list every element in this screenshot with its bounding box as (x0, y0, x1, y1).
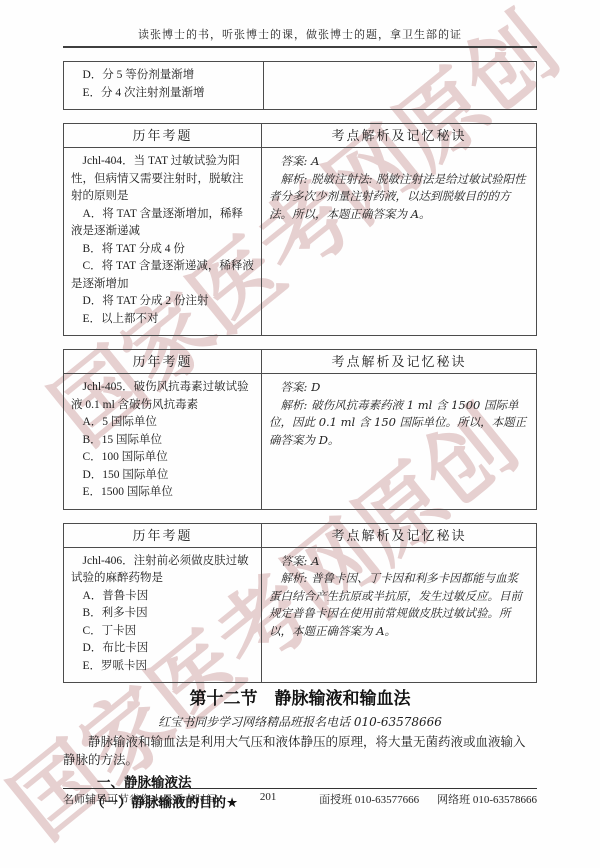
analysis-cell: 答案: A 解析: 普鲁卡因、丁卡因和利多卡因都能与血浆蛋白结合产生抗原或半抗原… (262, 547, 537, 683)
question-table-406: 历年考题 考点解析及记忆秘诀 Jchl-406．注射前必须做皮肤过敏试验的麻醉药… (63, 523, 537, 684)
page-footer: 名师辅导可节省您大量看书时间 201 面授班 010-63577666 网络班 … (63, 788, 537, 808)
option-e: E．分 4 次注射剂量渐增 (71, 85, 256, 103)
page-content: 读张博士的书，听张博士的课，做张博士的题，拿卫生部的证 D．分 5 等份剂量渐增… (63, 0, 537, 812)
option-a: A．5 国际单位 (71, 414, 254, 432)
enrollment-hotline: 红宝书同步学习网络精品班报名电话 010-63578666 (63, 714, 537, 730)
option-a: A．将 TAT 含量逐渐增加，稀释液是逐渐递减 (71, 206, 254, 241)
column-header-analysis: 考点解析及记忆秘诀 (262, 350, 537, 374)
footer-slogan: 名师辅导可节省您大量看书时间 (63, 793, 217, 808)
option-b: B．利多卡因 (71, 605, 254, 623)
table-row: Jchl-406．注射前必须做皮肤过敏试验的麻醉药物是 A．普鲁卡因 B．利多卡… (64, 547, 537, 683)
question-table-405: 历年考题 考点解析及记忆秘诀 Jchl-405．破伤风抗毒素过敏试验液 0.1 … (63, 349, 537, 510)
analysis-text: 解析: 普鲁卡因、丁卡因和利多卡因都能与血浆蛋白结合产生抗原或半抗原，发生过敏反… (269, 570, 529, 640)
answer-text: 答案: A (269, 153, 529, 171)
question-cell: Jchl-404．当 TAT 过敏试验为阳性，但病情又需要注射时，脱敏注射的原则… (64, 148, 262, 336)
option-c: C．100 国际单位 (71, 449, 254, 467)
column-header-analysis: 考点解析及记忆秘诀 (262, 523, 537, 547)
section-intro: 静脉输液和输血法是利用大气压和液体静压的原理，将大量无菌药液或血液输入静脉的方法… (63, 733, 537, 769)
analysis-text: 解析: 破伤风抗毒素药液 1 ml 含 1500 国际单位，因此 0.1 ml … (269, 397, 529, 450)
question-table-continuation: D．分 5 等份剂量渐增 E．分 4 次注射剂量渐增 (63, 61, 537, 110)
option-e: E．以上都不对 (71, 311, 254, 329)
answer-text: 答案: D (269, 379, 529, 397)
table-row: Jchl-405．破伤风抗毒素过敏试验液 0.1 ml 含破伤风抗毒素 A．5 … (64, 374, 537, 510)
document-page: 国家医考网原创 国家医考网原创 读张博士的书，听张博士的课，做张博士的题，拿卫生… (0, 0, 600, 868)
answer-text: 答案: A (269, 553, 529, 571)
header-rule (63, 46, 537, 48)
table-header-row: 历年考题 考点解析及记忆秘诀 (64, 523, 537, 547)
analysis-cell-empty (263, 62, 536, 110)
question-text: Jchl-404．当 TAT 过敏试验为阳性，但病情又需要注射时，脱敏注射的原则… (71, 153, 254, 206)
column-header-questions: 历年考题 (64, 350, 262, 374)
table-header-row: 历年考题 考点解析及记忆秘诀 (64, 350, 537, 374)
footer-phone-onsite: 面授班 010-63577666 (319, 793, 419, 808)
option-d: D．将 TAT 分成 2 份注射 (71, 293, 254, 311)
header-slogan: 读张博士的书，听张博士的课，做张博士的题，拿卫生部的证 (63, 26, 537, 42)
column-header-questions: 历年考题 (64, 124, 262, 148)
footer-phone-online: 网络班 010-63578666 (437, 793, 537, 808)
question-table-404: 历年考题 考点解析及记忆秘诀 Jchl-404．当 TAT 过敏试验为阳性，但病… (63, 123, 537, 336)
question-text: Jchl-406．注射前必须做皮肤过敏试验的麻醉药物是 (71, 553, 254, 588)
table-row: D．分 5 等份剂量渐增 E．分 4 次注射剂量渐增 (64, 62, 537, 110)
footer-contacts: 面授班 010-63577666 网络班 010-63578666 (319, 793, 537, 808)
option-d: D．分 5 等份剂量渐增 (71, 67, 256, 85)
table-row: Jchl-404．当 TAT 过敏试验为阳性，但病情又需要注射时，脱敏注射的原则… (64, 148, 537, 336)
section-title: 第十二节 静脉输液和输血法 (63, 688, 537, 710)
question-text: Jchl-405．破伤风抗毒素过敏试验液 0.1 ml 含破伤风抗毒素 (71, 379, 254, 414)
option-d: D．布比卡因 (71, 640, 254, 658)
option-a: A．普鲁卡因 (71, 588, 254, 606)
option-e: E．1500 国际单位 (71, 484, 254, 502)
column-header-analysis: 考点解析及记忆秘诀 (262, 124, 537, 148)
option-b: B．将 TAT 分成 4 份 (71, 241, 254, 259)
table-header-row: 历年考题 考点解析及记忆秘诀 (64, 124, 537, 148)
question-cell: D．分 5 等份剂量渐增 E．分 4 次注射剂量渐增 (64, 62, 264, 110)
option-d: D．150 国际单位 (71, 467, 254, 485)
analysis-text: 解析: 脱敏注射法: 脱敏注射法是给过敏试验阳性者分多次少剂量注射药液，以达到脱… (269, 171, 529, 224)
question-cell: Jchl-405．破伤风抗毒素过敏试验液 0.1 ml 含破伤风抗毒素 A．5 … (64, 374, 262, 510)
option-c: C．将 TAT 含量逐渐递减，稀释液是逐渐增加 (71, 258, 254, 293)
analysis-cell: 答案: A 解析: 脱敏注射法: 脱敏注射法是给过敏试验阳性者分多次少剂量注射药… (262, 148, 537, 336)
option-e: E．罗哌卡因 (71, 658, 254, 676)
option-b: B．15 国际单位 (71, 432, 254, 450)
analysis-cell: 答案: D 解析: 破伤风抗毒素药液 1 ml 含 1500 国际单位，因此 0… (262, 374, 537, 510)
page-number: 201 (260, 790, 277, 805)
question-cell: Jchl-406．注射前必须做皮肤过敏试验的麻醉药物是 A．普鲁卡因 B．利多卡… (64, 547, 262, 683)
column-header-questions: 历年考题 (64, 523, 262, 547)
option-c: C．丁卡因 (71, 623, 254, 641)
